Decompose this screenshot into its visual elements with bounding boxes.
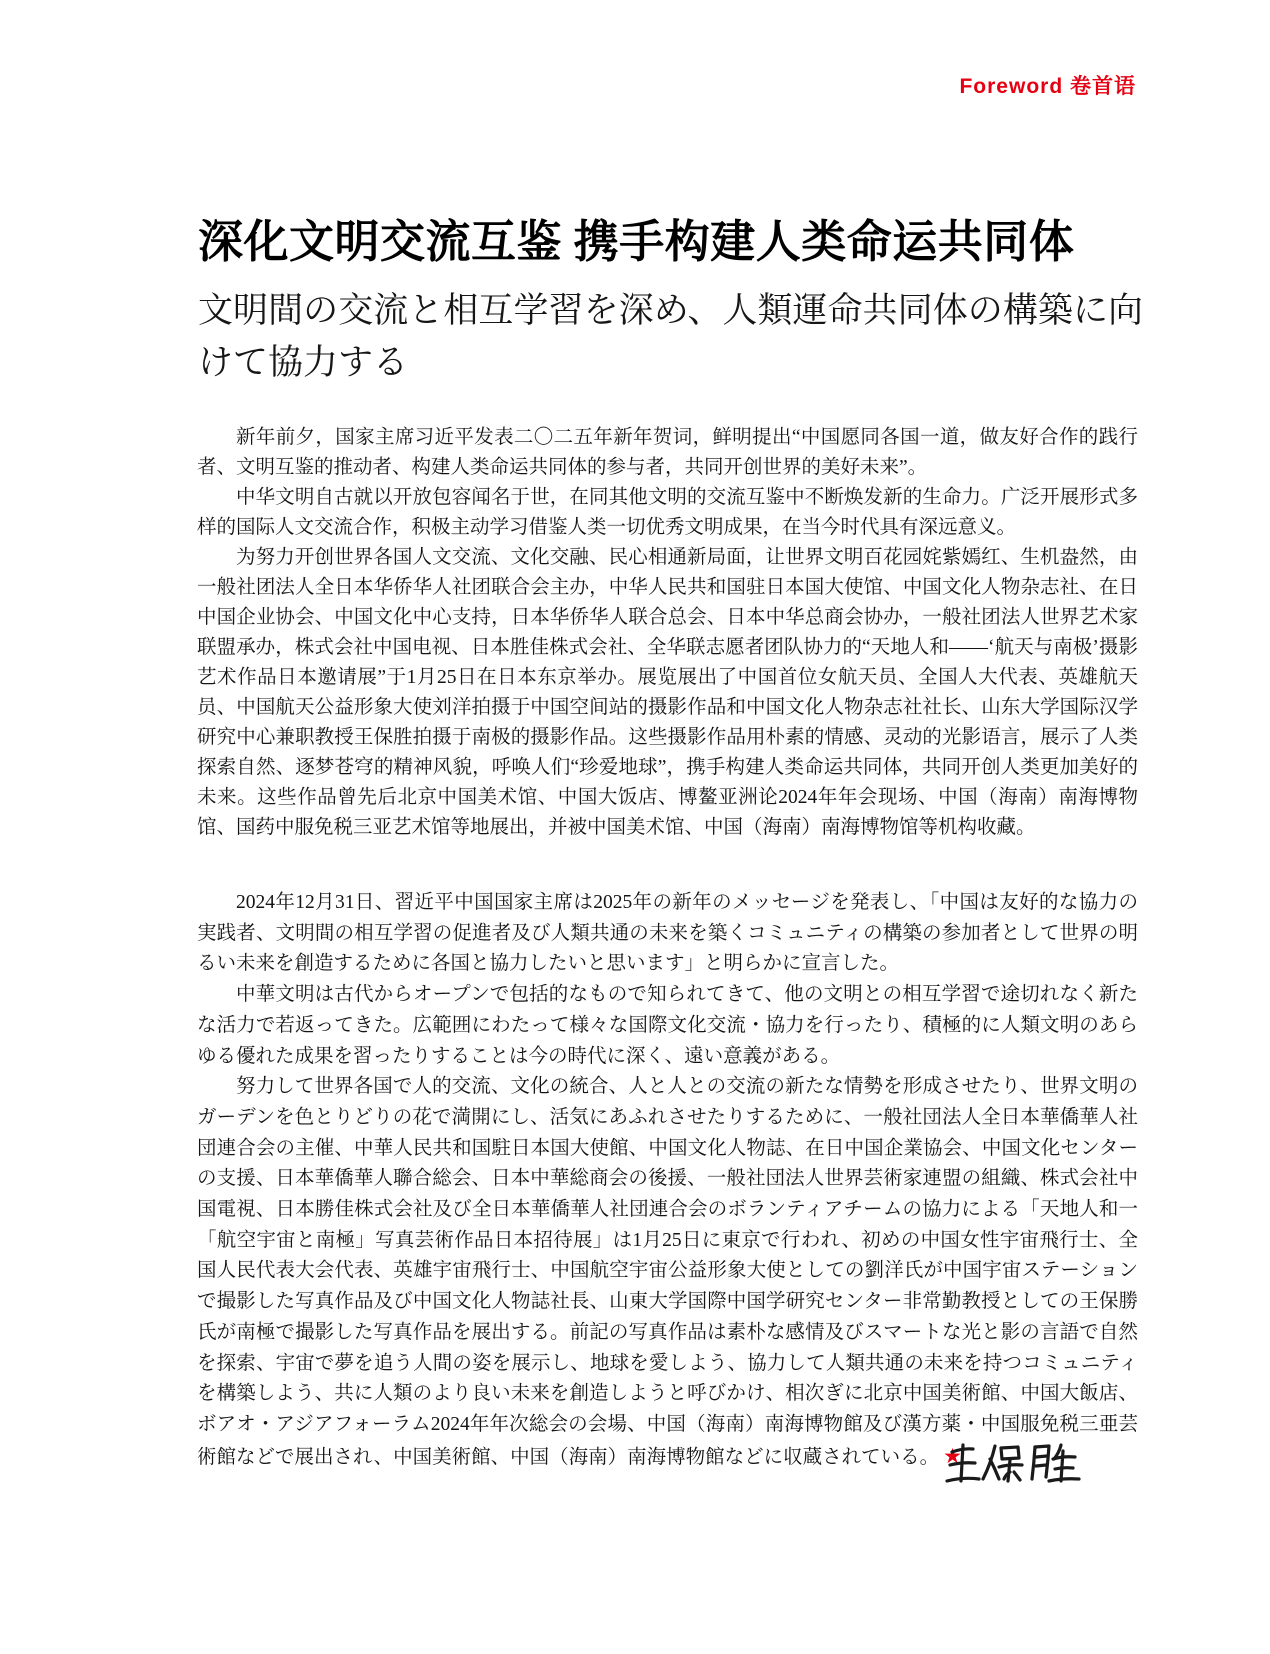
- ja-paragraph-1: 2024年12月31日、習近平中国国家主席は2025年の新年のメッセージを発表し…: [197, 888, 1138, 980]
- foreword-page: Foreword 卷首语 深化文明交流互鉴 携手构建人类命运共同体 文明間の交流…: [0, 0, 1270, 1654]
- ja-paragraph-2: 中華文明は古代からオープンで包括的なもので知られてきて、他の文明との相互学習で途…: [197, 980, 1138, 1072]
- title-chinese: 深化文明交流互鉴 携手构建人类命运共同体: [198, 214, 1158, 270]
- ja-paragraph-3-text: 努力して世界各国で人的交流、文化の統合、人と人との交流の新たな情勢を形成させたり…: [197, 1076, 1138, 1467]
- signature-wang-baosheng: [942, 1432, 1092, 1502]
- body-japanese: 2024年12月31日、習近平中国国家主席は2025年の新年のメッセージを発表し…: [197, 888, 1138, 1473]
- page-header-label: Foreword 卷首语: [959, 70, 1136, 100]
- signature-icon: [942, 1432, 1092, 1502]
- body-chinese: 新年前夕，国家主席习近平发表二〇二五年新年贺词，鲜明提出“中国愿同各国一道，做友…: [197, 423, 1138, 843]
- zh-paragraph-3: 为努力开创世界各国人文交流、文化交融、民心相通新局面，让世界文明百花园姹紫嫣红、…: [197, 543, 1138, 843]
- zh-paragraph-1: 新年前夕，国家主席习近平发表二〇二五年新年贺词，鲜明提出“中国愿同各国一道，做友…: [197, 423, 1138, 483]
- title-japanese: 文明間の交流と相互学習を深め、人類運命共同体の構築に向けて協力する: [198, 285, 1143, 389]
- ja-paragraph-3: 努力して世界各国で人的交流、文化の統合、人と人との交流の新たな情勢を形成させたり…: [197, 1072, 1138, 1473]
- zh-paragraph-2: 中华文明自古就以开放包容闻名于世，在同其他文明的交流互鉴中不断焕发新的生命力。广…: [197, 483, 1138, 543]
